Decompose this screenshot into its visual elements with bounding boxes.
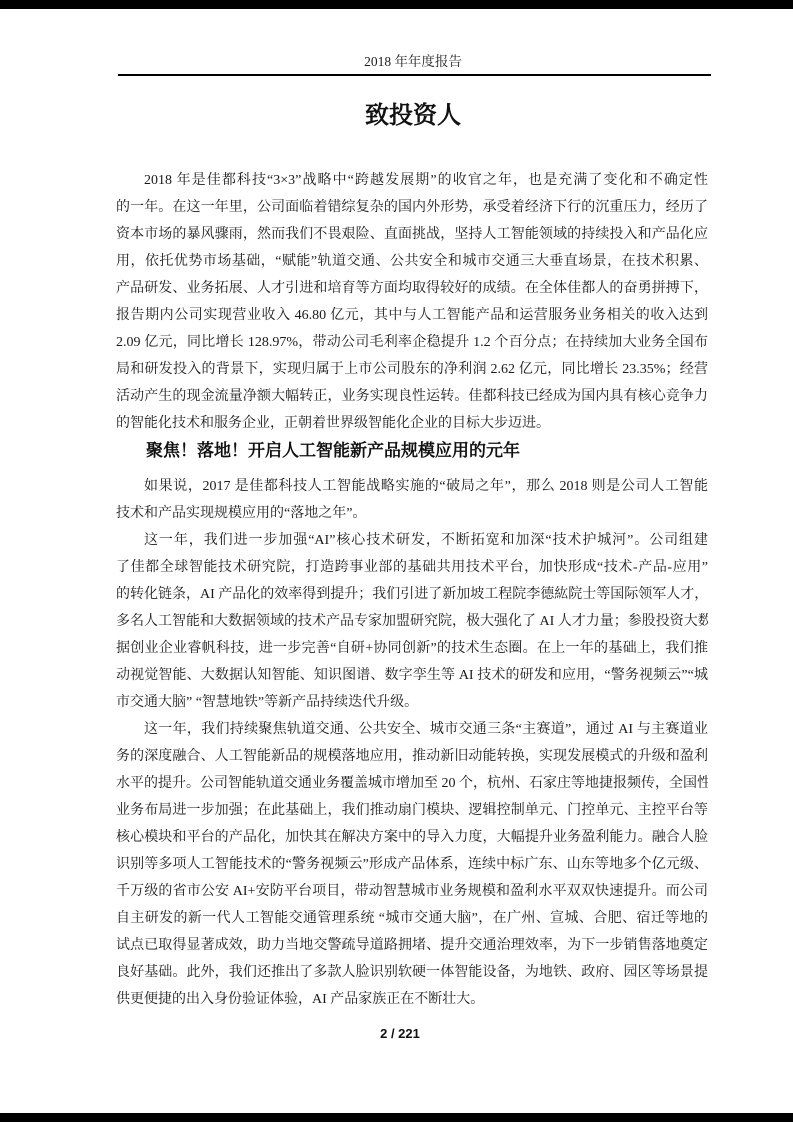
- body-line: 识别等多项人工智能技术的“警务视频云”形成产品体系，连续中标广东、山东等地多个亿…: [116, 851, 708, 878]
- body-line: 多名人工智能和大数据领域的技术产品专家加盟研究院，极大强化了 AI 人才力量；参…: [116, 608, 708, 635]
- bottom-edge-bar: [0, 1113, 793, 1122]
- body-line: 局和研发投入的背景下，实现归属于上市公司股东的净利润 2.62 亿元，同比增长 …: [116, 356, 708, 383]
- body-line: 如果说，2017 是佳都科技人工智能战略实施的“破局之年”，那么 2018 则是…: [116, 473, 708, 500]
- body-line: 良好基础。此外，我们还推出了多款人脸识别软硬一体智能设备，为地铁、政府、园区等场…: [116, 959, 708, 986]
- body-line: 据创业企业睿帆科技，进一步完善“自研+协同创新”的技术生态圈。在上一年的基础上，…: [116, 635, 708, 662]
- header-rule: [118, 74, 711, 76]
- section-heading: 聚焦！落地！开启人工智能新产品规模应用的元年: [116, 437, 708, 464]
- body-line: 资本市场的暴风骤雨，然而我们不畏艰险、直面挑战，坚持人工智能领域的持续投入和产品…: [116, 221, 708, 248]
- document-body: 2018 年是佳都科技“3×3”战略中“跨越发展期”的收官之年，也是充满了变化和…: [116, 167, 708, 1013]
- paragraph: 这一年，我们持续聚焦轨道交通、公共安全、城市交通三条“主赛道”，通过 AI 与主…: [116, 716, 708, 1013]
- body-line: 业务布局进一步加强；在此基础上，我们推动扇门模块、逻辑控制单元、门控单元、主控平…: [116, 797, 708, 824]
- body-line: 2018 年是佳都科技“3×3”战略中“跨越发展期”的收官之年，也是充满了变化和…: [116, 167, 708, 194]
- body-line: 核心模块和平台的产品化，加快其在解决方案中的导入力度，大幅提升业务盈利能力。融合…: [116, 824, 708, 851]
- body-line: 的一年。在这一年里，公司面临着错综复杂的国内外形势，承受着经济下行的沉重压力，经…: [116, 194, 708, 221]
- body-line: 这一年，我们进一步加强“AI”核心技术研发，不断拓宽和加深“技术护城河”。公司组…: [116, 527, 708, 554]
- body-line: 用，依托优势市场基础，“赋能”轨道交通、公共安全和城市交通三大垂直场景，在技术积…: [116, 248, 708, 275]
- body-line: 活动产生的现金流量净额大幅转正，业务实现良性运转。佳都科技已经成为国内具有核心竞…: [116, 383, 708, 410]
- body-line: 报告期内公司实现营业收入 46.80 亿元，其中与人工智能产品和运营服务业务相关…: [116, 302, 708, 329]
- report-page: 2018 年年度报告 致投资人 2018 年是佳都科技“3×3”战略中“跨越发展…: [0, 0, 793, 1122]
- paragraph: 如果说，2017 是佳都科技人工智能战略实施的“破局之年”，那么 2018 则是…: [116, 473, 708, 527]
- running-header: 2018 年年度报告: [117, 52, 709, 72]
- body-line: 动视觉智能、大数据认知智能、知识图谱、数字孪生等 AI 技术的研发和应用，“警务…: [116, 662, 708, 689]
- body-line: 水平的提升。公司智能轨道交通业务覆盖城市增加至 20 个，杭州、石家庄等地捷报频…: [116, 770, 708, 797]
- body-line: 2.09 亿元，同比增长 128.97%，带动公司毛利率企稳提升 1.2 个百分…: [116, 329, 708, 356]
- body-line: 市交通大脑” “智慧地铁”等新产品持续迭代升级。: [116, 689, 708, 716]
- paragraph: 2018 年是佳都科技“3×3”战略中“跨越发展期”的收官之年，也是充满了变化和…: [116, 167, 708, 437]
- page-number: 2 / 221: [0, 1026, 793, 1041]
- page-title: 致投资人: [117, 101, 709, 131]
- body-line: 供更便捷的出入身份验证体验，AI 产品家族正在不断壮大。: [116, 986, 708, 1013]
- body-line: 产品研发、业务拓展、人才引进和培育等方面均取得较好的成绩。在全体佳都人的奋勇拼搏…: [116, 275, 708, 302]
- body-line: 了佳都全球智能技术研究院，打造跨事业部的基础共用技术平台，加快形成“技术-产品-…: [116, 554, 708, 581]
- body-line: 这一年，我们持续聚焦轨道交通、公共安全、城市交通三条“主赛道”，通过 AI 与主…: [116, 716, 708, 743]
- body-line: 的转化链条，AI 产品化的效率得到提升；我们引进了新加坡工程院李德紘院士等国际领…: [116, 581, 708, 608]
- top-edge-bar: [0, 0, 793, 9]
- body-line: 技术和产品实现规模应用的“落地之年”。: [116, 500, 708, 527]
- body-line: 务的深度融合、人工智能新品的规模落地应用，推动新旧动能转换，实现发展模式的升级和…: [116, 743, 708, 770]
- body-line: 的智能化技术和服务企业，正朝着世界级智能化企业的目标大步迈进。: [116, 410, 708, 437]
- body-line: 千万级的省市公安 AI+安防平台项目，带动智慧城市业务规模和盈利水平双双快速提升…: [116, 878, 708, 905]
- body-line: 试点已取得显著成效，助力当地交警疏导道路拥堵、提升交通治理效率，为下一步销售落地…: [116, 932, 708, 959]
- body-line: 自主研发的新一代人工智能交通管理系统 “城市交通大脑”，在广州、宣城、合肥、宿迁…: [116, 905, 708, 932]
- paragraph: 这一年，我们进一步加强“AI”核心技术研发，不断拓宽和加深“技术护城河”。公司组…: [116, 527, 708, 716]
